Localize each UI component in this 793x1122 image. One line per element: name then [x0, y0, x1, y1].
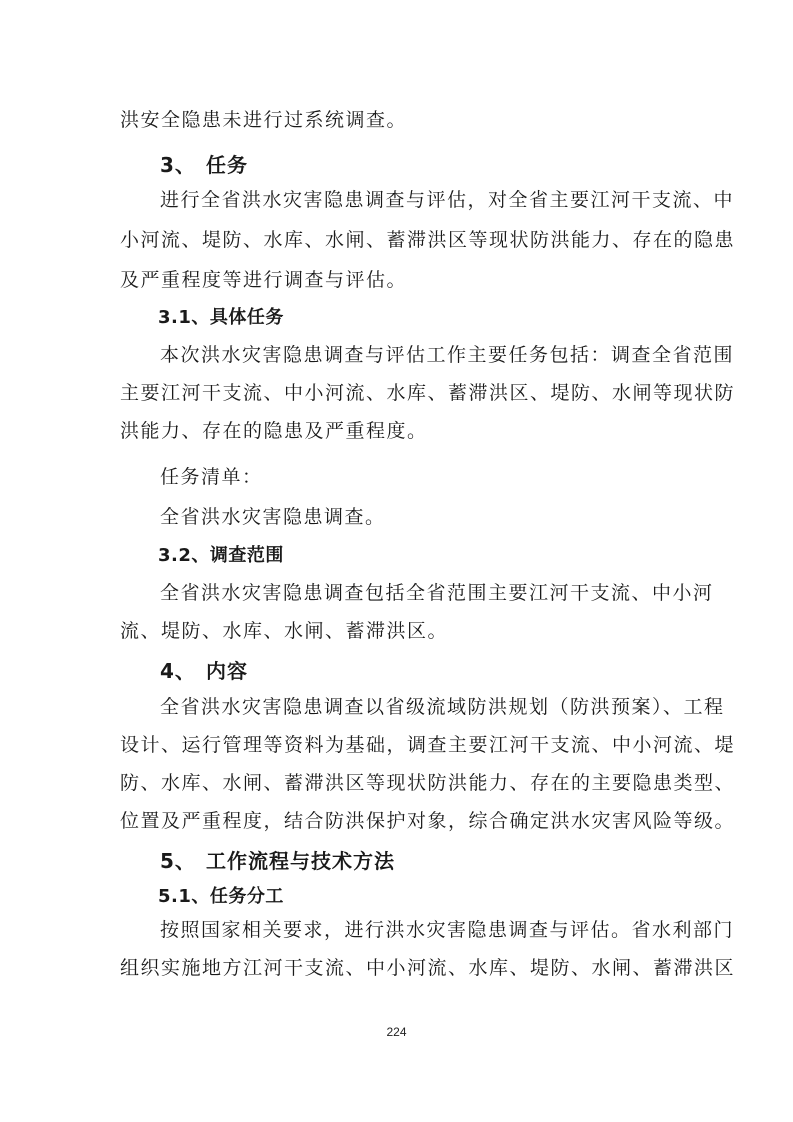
paragraph-line: 流、堤防、水库、水闸、蓄滞洪区。 [120, 619, 448, 643]
paragraph-line: 小河流、堤防、水库、水闸、蓄滞洪区等现状防洪能力、存在的隐患 [120, 228, 735, 252]
section-heading-4: 4、内容 [160, 655, 248, 684]
heading-title: 任务 [206, 153, 248, 177]
subsection-heading-3-1: 3.1、具体任务 [158, 303, 284, 329]
heading-title: 内容 [206, 659, 248, 683]
section-heading-5: 5、工作流程与技术方法 [160, 845, 395, 874]
section-heading-3: 3、任务 [160, 149, 248, 178]
paragraph-line: 全省洪水灾害隐患调查包括全省范围主要江河干支流、中小河 [160, 581, 714, 605]
document-page: 洪安全隐患未进行过系统调查。 3、任务 进行全省洪水灾害隐患调查与评估，对全省主… [0, 0, 793, 1122]
paragraph-line: 洪安全隐患未进行过系统调查。 [120, 108, 407, 132]
paragraph-line: 全省洪水灾害隐患调查。 [160, 505, 386, 529]
paragraph-line: 全省洪水灾害隐患调查以省级流域防洪规划（防洪预案）、工程 [160, 695, 725, 719]
paragraph-line: 主要江河干支流、中小河流、水库、蓄滞洪区、堤防、水闸等现状防 [120, 381, 735, 405]
subsection-heading-5-1: 5.1、任务分工 [158, 882, 284, 908]
paragraph-line: 洪能力、存在的隐患及严重程度。 [120, 419, 428, 443]
paragraph-line: 设计、运行管理等资料为基础，调查主要江河干支流、中小河流、堤 [120, 733, 735, 757]
paragraph-line: 进行全省洪水灾害隐患调查与评估，对全省主要江河干支流、中 [160, 188, 734, 212]
heading-number: 5、 [160, 845, 206, 874]
paragraph-line: 按照国家相关要求，进行洪水灾害隐患调查与评估。省水利部门 [160, 918, 734, 942]
subsection-heading-3-2: 3.2、调查范围 [158, 541, 284, 567]
heading-title: 工作流程与技术方法 [206, 849, 395, 873]
paragraph-line: 组织实施地方江河干支流、中小河流、水库、堤防、水闸、蓄滞洪区 [120, 956, 735, 980]
paragraph-line: 位置及严重程度，结合防洪保护对象，综合确定洪水灾害风险等级。 [120, 809, 735, 833]
paragraph-line: 任务清单： [160, 465, 263, 489]
heading-number: 3、 [160, 149, 206, 178]
paragraph-line: 本次洪水灾害隐患调查与评估工作主要任务包括：调查全省范围 [160, 343, 734, 367]
heading-number: 4、 [160, 655, 206, 684]
paragraph-line: 及严重程度等进行调查与评估。 [120, 268, 407, 292]
page-number: 224 [0, 1025, 793, 1039]
paragraph-line: 防、水库、水闸、蓄滞洪区等现状防洪能力、存在的主要隐患类型、 [120, 771, 735, 795]
